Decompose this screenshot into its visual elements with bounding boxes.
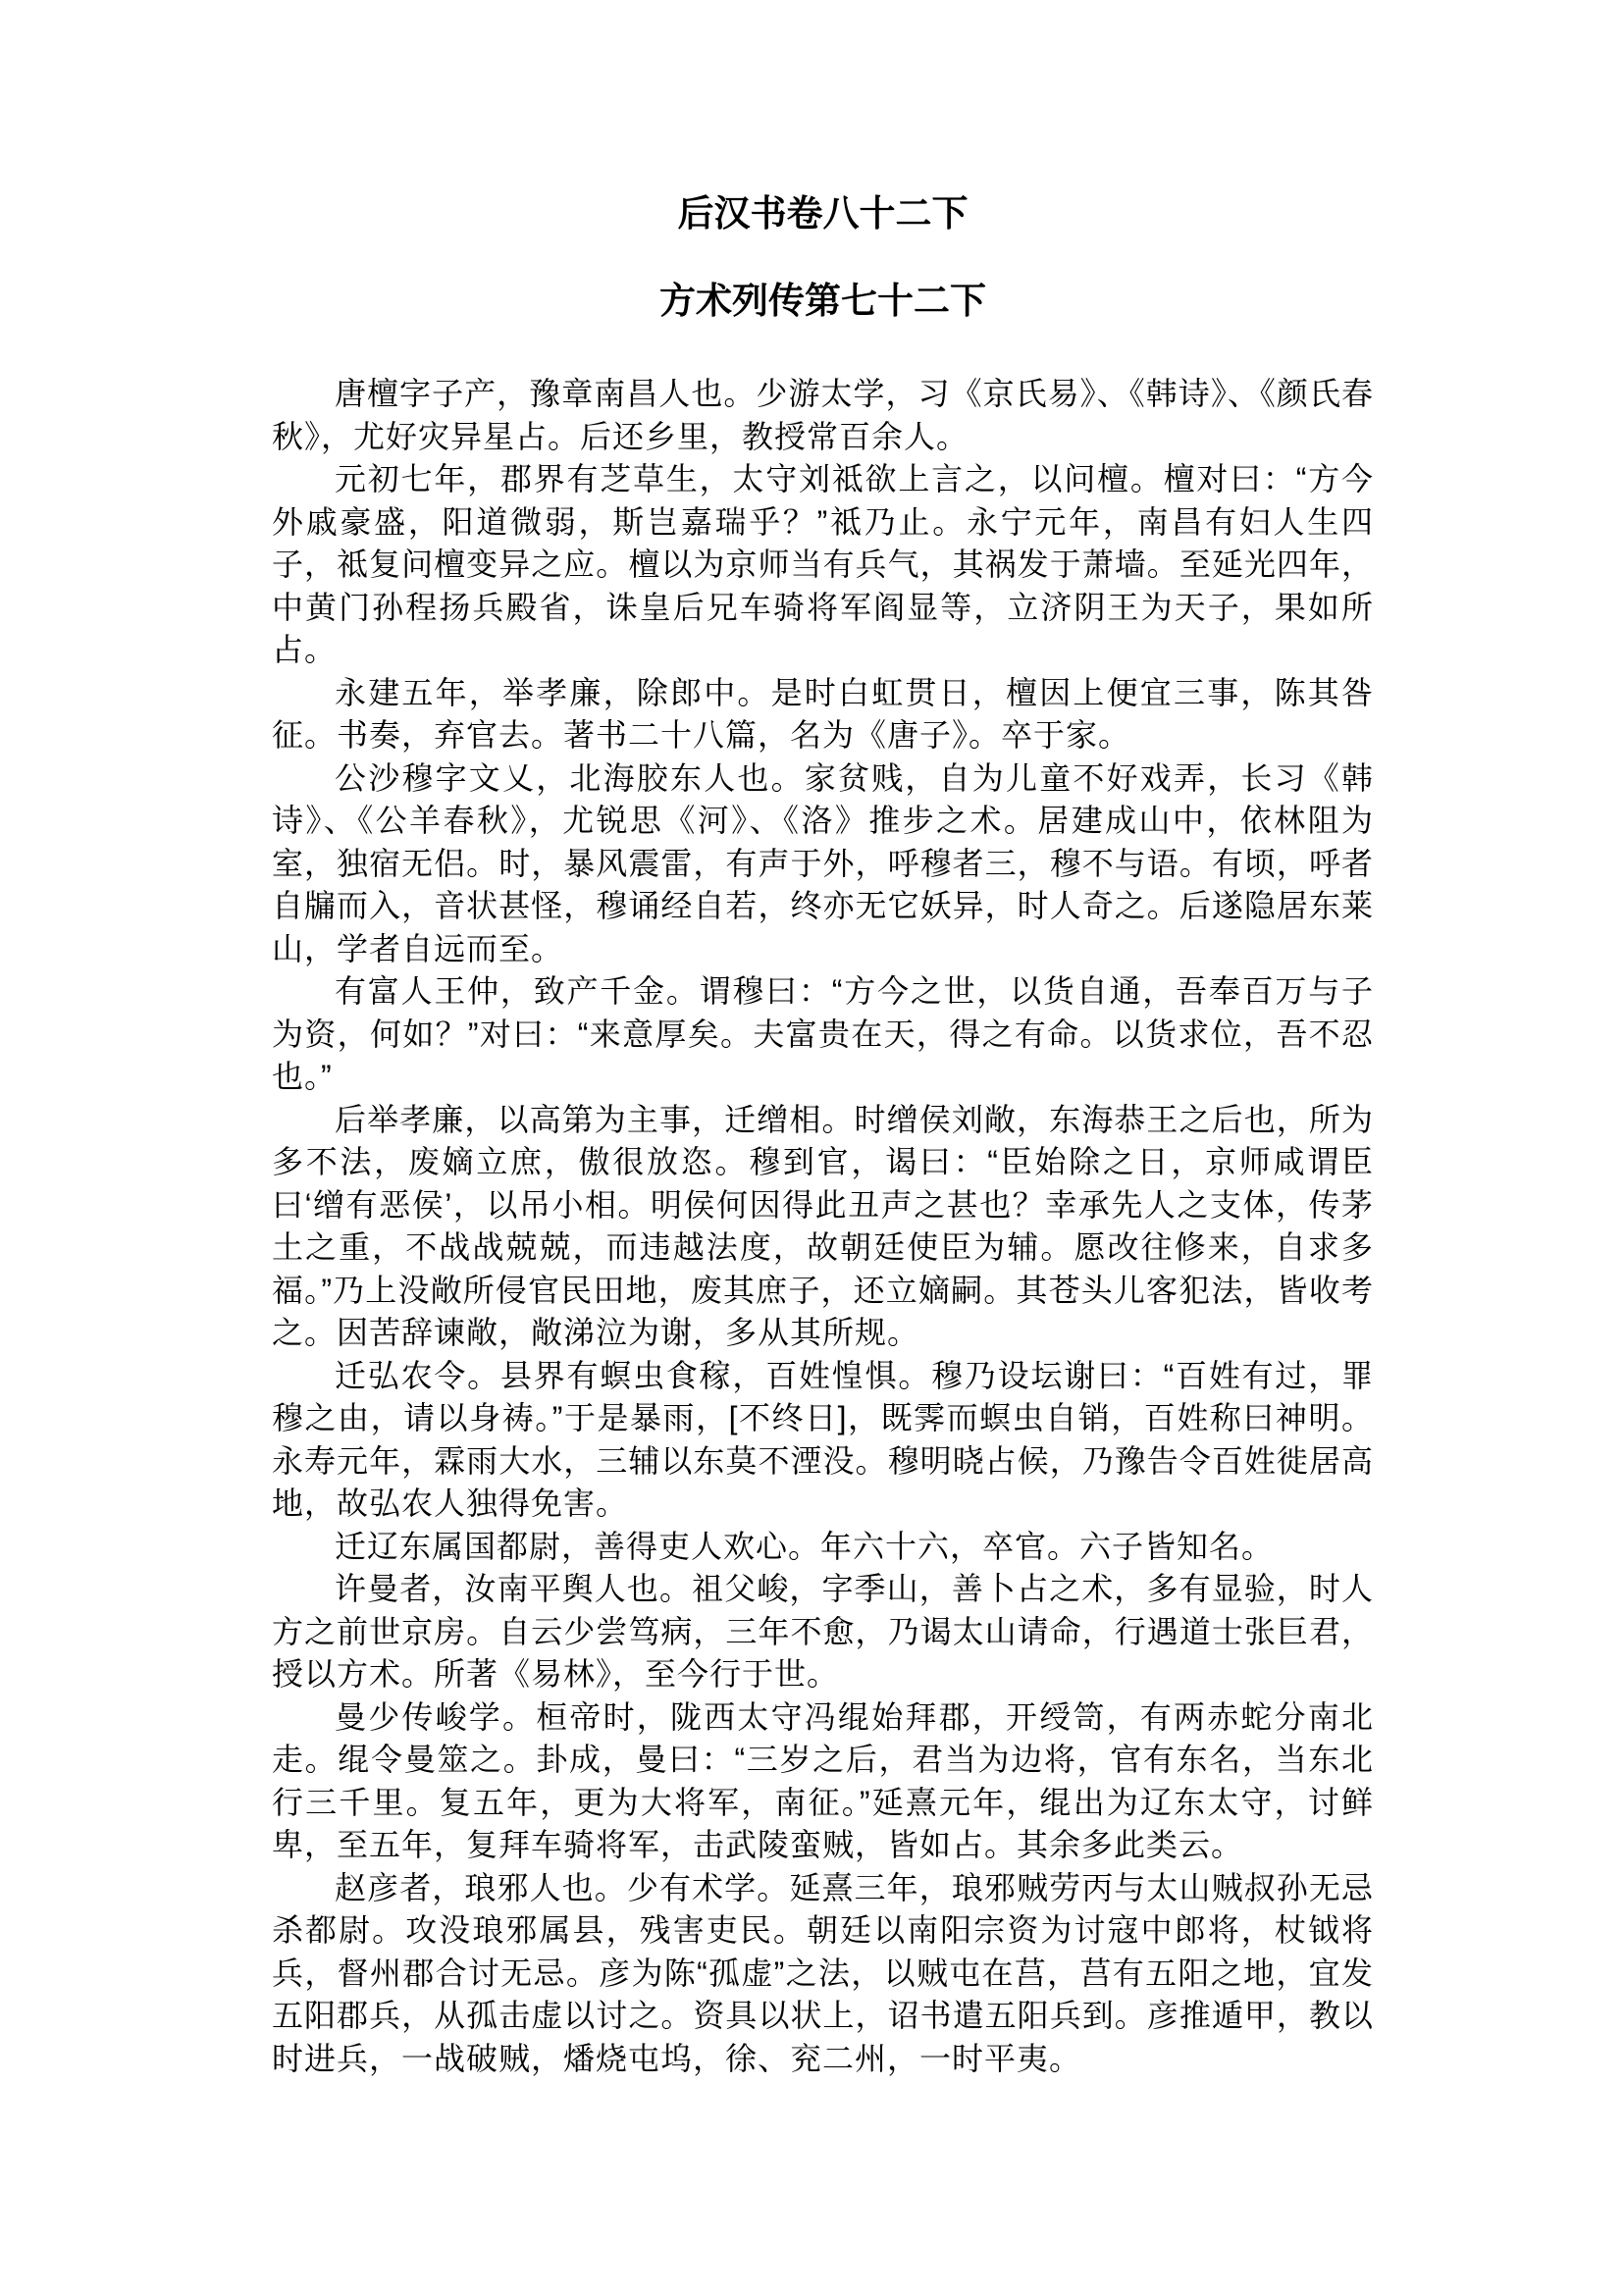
document-page: 后汉书卷八十二下 方术列传第七十二下 唐檀字子产，豫章南昌人也。少游太学，习《京… [0,0,1624,2294]
document-body: 唐檀字子产，豫章南昌人也。少游太学，习《京氏易》、《韩诗》、《颜氏春秋》，尤好灾… [272,373,1374,2080]
paragraph: 迁弘农令。县界有螟虫食稼，百姓惶惧。穆乃设坛谢曰：“百姓有过，罪穆之由，请以身祷… [272,1355,1374,1526]
paragraph: 有富人王仲，致产千金。谓穆曰：“方今之世，以货自通，吾奉百万与子为资，何如？”对… [272,970,1374,1099]
paragraph: 元初七年，郡界有芝草生，太守刘祗欲上言之，以问檀。檀对曰：“方今外戚豪盛，阳道微… [272,458,1374,672]
paragraph: 许曼者，汝南平舆人也。祖父峻，字季山，善卜占之术，多有显验，时人方之前世京房。自… [272,1568,1374,1696]
paragraph: 曼少传峻学。桓帝时，陇西太守冯绲始拜郡，开绶笥，有两赤蛇分南北走。绲令曼筮之。卦… [272,1696,1374,1867]
paragraph: 赵彦者，琅邪人也。少有术学。延熹三年，琅邪贼劳丙与太山贼叔孙无忌杀都尉。攻没琅邪… [272,1867,1374,2081]
paragraph: 后举孝廉，以高第为主事，迁缯相。时缯侯刘敞，东海恭王之后也，所为多不法，废嫡立庶… [272,1099,1374,1355]
document-subtitle: 方术列传第七十二下 [272,280,1374,323]
paragraph: 唐檀字子产，豫章南昌人也。少游太学，习《京氏易》、《韩诗》、《颜氏春秋》，尤好灾… [272,373,1374,458]
paragraph: 公沙穆字文乂，北海胶东人也。家贫贱，自为儿童不好戏弄，长习《韩诗》、《公羊春秋》… [272,757,1374,971]
paragraph: 永建五年，举孝廉，除郎中。是时白虹贯日，檀因上便宜三事，陈其咎征。书奏，弃官去。… [272,672,1374,757]
paragraph: 迁辽东属国都尉，善得吏人欢心。年六十六，卒官。六子皆知名。 [272,1526,1374,1569]
document-title: 后汉书卷八十二下 [272,192,1374,235]
